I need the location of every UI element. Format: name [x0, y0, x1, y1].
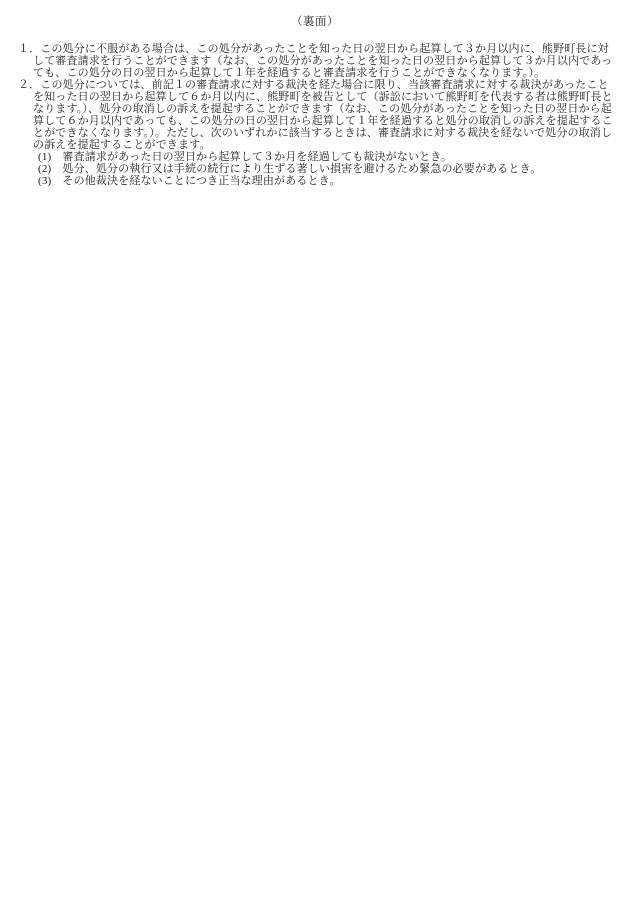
page-title: （裏面）: [0, 16, 630, 29]
document-page: （裏面） １．この処分に不服がある場合は、この処分があったことを知った日の翌日か…: [0, 0, 630, 903]
paragraph-item-1: １．この処分に不服がある場合は、この処分があったことを知った日の翌日から起算して…: [0, 43, 630, 79]
text-line: して審査請求を行うことができます（なお、この処分があったことを知った日の翌日から…: [0, 55, 630, 67]
text-line: の訴えを提起することができます。: [0, 139, 630, 151]
paragraph-item-2: ２．この処分については、前記１の審査請求に対する裁決を経た場合に限り、当該審査請…: [0, 79, 630, 151]
text-line: １．この処分に不服がある場合は、この処分があったことを知った日の翌日から起算して…: [0, 43, 630, 55]
sub-item-list: (1) 審査請求があった日の翌日から起算して３か月を経過しても裁決がないとき。 …: [0, 151, 630, 187]
text-line: 算して６か月以内であっても、この処分の日の翌日から起算して１年を経過すると処分の…: [0, 115, 630, 127]
text-line: ても、この処分の日の翌日から起算して１年を経過すると審査請求を行うことができなく…: [0, 67, 630, 79]
sub-item-3: (3) その他裁決を経ないことにつき正当な理由があるとき。: [0, 175, 630, 187]
text-line: を知った日の翌日から起算して６か月以内に、熊野町を被告として（訴訟において熊野町…: [0, 91, 630, 103]
sub-item-2: (2) 処分、処分の執行又は手続の続行により生ずる著しい損害を避けるため緊急の必…: [0, 163, 630, 175]
document-body: １．この処分に不服がある場合は、この処分があったことを知った日の翌日から起算して…: [0, 43, 630, 187]
text-line: なります。）、処分の取消しの訴えを提起することができます（なお、この処分があった…: [0, 103, 630, 115]
sub-item-1: (1) 審査請求があった日の翌日から起算して３か月を経過しても裁決がないとき。: [0, 151, 630, 163]
text-line: ２．この処分については、前記１の審査請求に対する裁決を経た場合に限り、当該審査請…: [0, 79, 630, 91]
text-line: とができなくなります。）。ただし、次のいずれかに該当するときは、審査請求に対する…: [0, 127, 630, 139]
